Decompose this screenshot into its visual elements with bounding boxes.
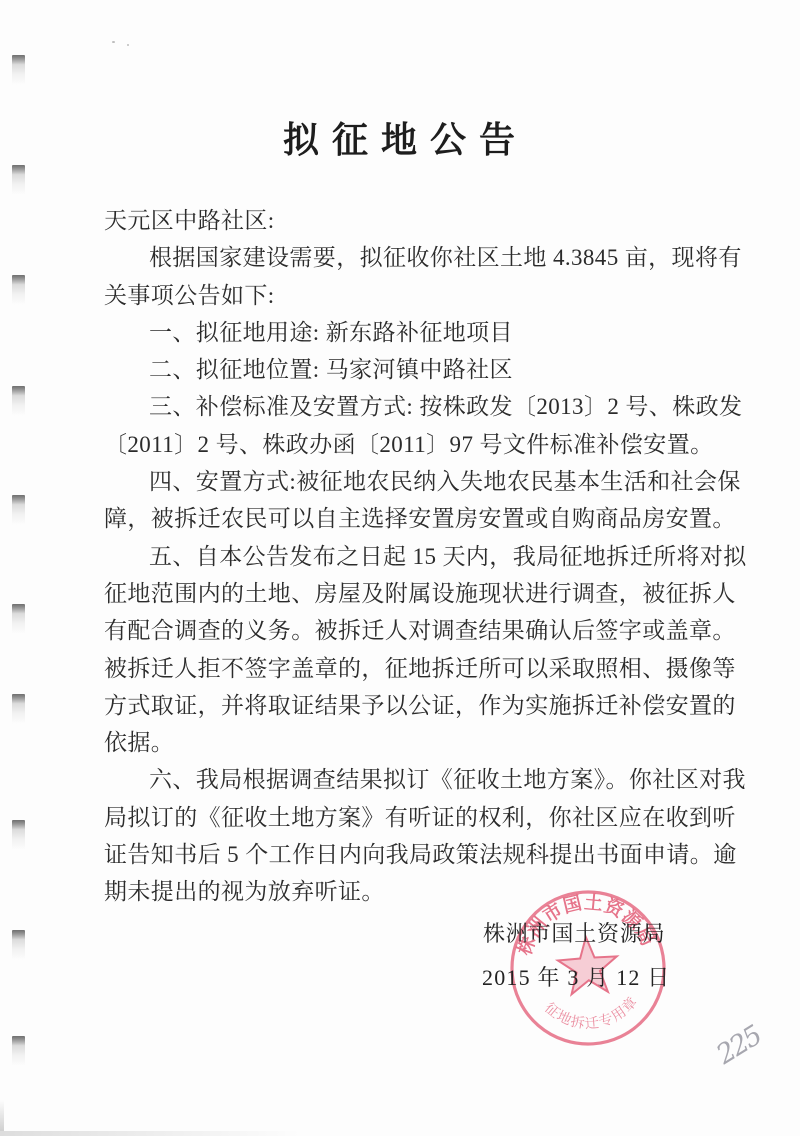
body-line: 方式取证，并将取证结果予以公证，作为实施拆迁补偿安置的 [104,687,724,724]
body-line: 征地范围内的土地、房屋及附属设施现状进行调查，被征拆人 [104,575,724,612]
body-line: 五、自本公告发布之日起 15 天内，我局征地拆迁所将对拟 [104,538,724,575]
issuing-agency: 株洲市国土资源局 [483,917,665,948]
binding-mark [12,930,25,960]
body-line: 关事项公告如下: [104,277,724,314]
body-line: 有配合调查的义务。被拆迁人对调查结果确认后签字或盖章。 [104,612,724,649]
seal-bottom-text: 征地拆迁专用章 [540,992,643,1035]
binding-mark [12,820,25,850]
binding-mark [12,1036,25,1066]
binding-mark [12,694,25,724]
body-line: 被拆迁人拒不签字盖章的，征地拆迁所可以采取照相、摄像等 [104,650,724,687]
scan-speckle [112,41,115,43]
document-title: 拟 征 地 公 告 [0,120,800,160]
handwritten-page-number: 225 [711,1020,766,1070]
body-line: 四、安置方式:被征地农民纳入失地农民基本生活和社会保 [104,463,724,500]
body-line: 根据国家建设需要，拟征收你社区土地 4.3845 亩，现将有 [104,239,724,276]
body-line: 天元区中路社区: [104,202,724,239]
body-line: 三、补偿标准及安置方式: 按株政发〔2013〕2 号、株政发 [104,388,724,425]
body-line: 依据。 [104,724,724,761]
issue-date: 2015 年 3 月 12 日 [482,961,671,992]
scanned-document-page: 拟 征 地 公 告 天元区中路社区: 根据国家建设需要，拟征收你社区土地 4.3… [0,0,800,1136]
body-line: 障，被拆迁农民可以自主选择安置房安置或自购商品房安置。 [104,500,724,537]
binding-mark [12,275,25,305]
binding-mark [12,604,25,634]
body-line: 〔2011〕2 号、株政办函〔2011〕97 号文件标准补偿安置。 [104,426,724,463]
binding-mark [12,386,25,416]
binding-mark [12,55,25,85]
body-line: 局拟订的《征收土地方案》有听证的权利，你社区应在收到听 [104,799,724,836]
binding-mark [12,165,25,195]
body-line: 一、拟征地用途: 新东路补征地项目 [104,314,724,351]
scan-speckle [127,44,129,46]
binding-mark [12,495,25,525]
document-body: 天元区中路社区: 根据国家建设需要，拟征收你社区土地 4.3845 亩，现将有 … [104,202,724,911]
body-line: 证告知书后 5 个工作日内向我局政策法规科提出书面申请。逾 [104,836,724,873]
page-edge-shadow [0,1131,300,1136]
body-line: 二、拟征地位置: 马家河镇中路社区 [104,351,724,388]
body-line: 六、我局根据调查结果拟订《征收土地方案》。你社区对我 [104,761,724,798]
